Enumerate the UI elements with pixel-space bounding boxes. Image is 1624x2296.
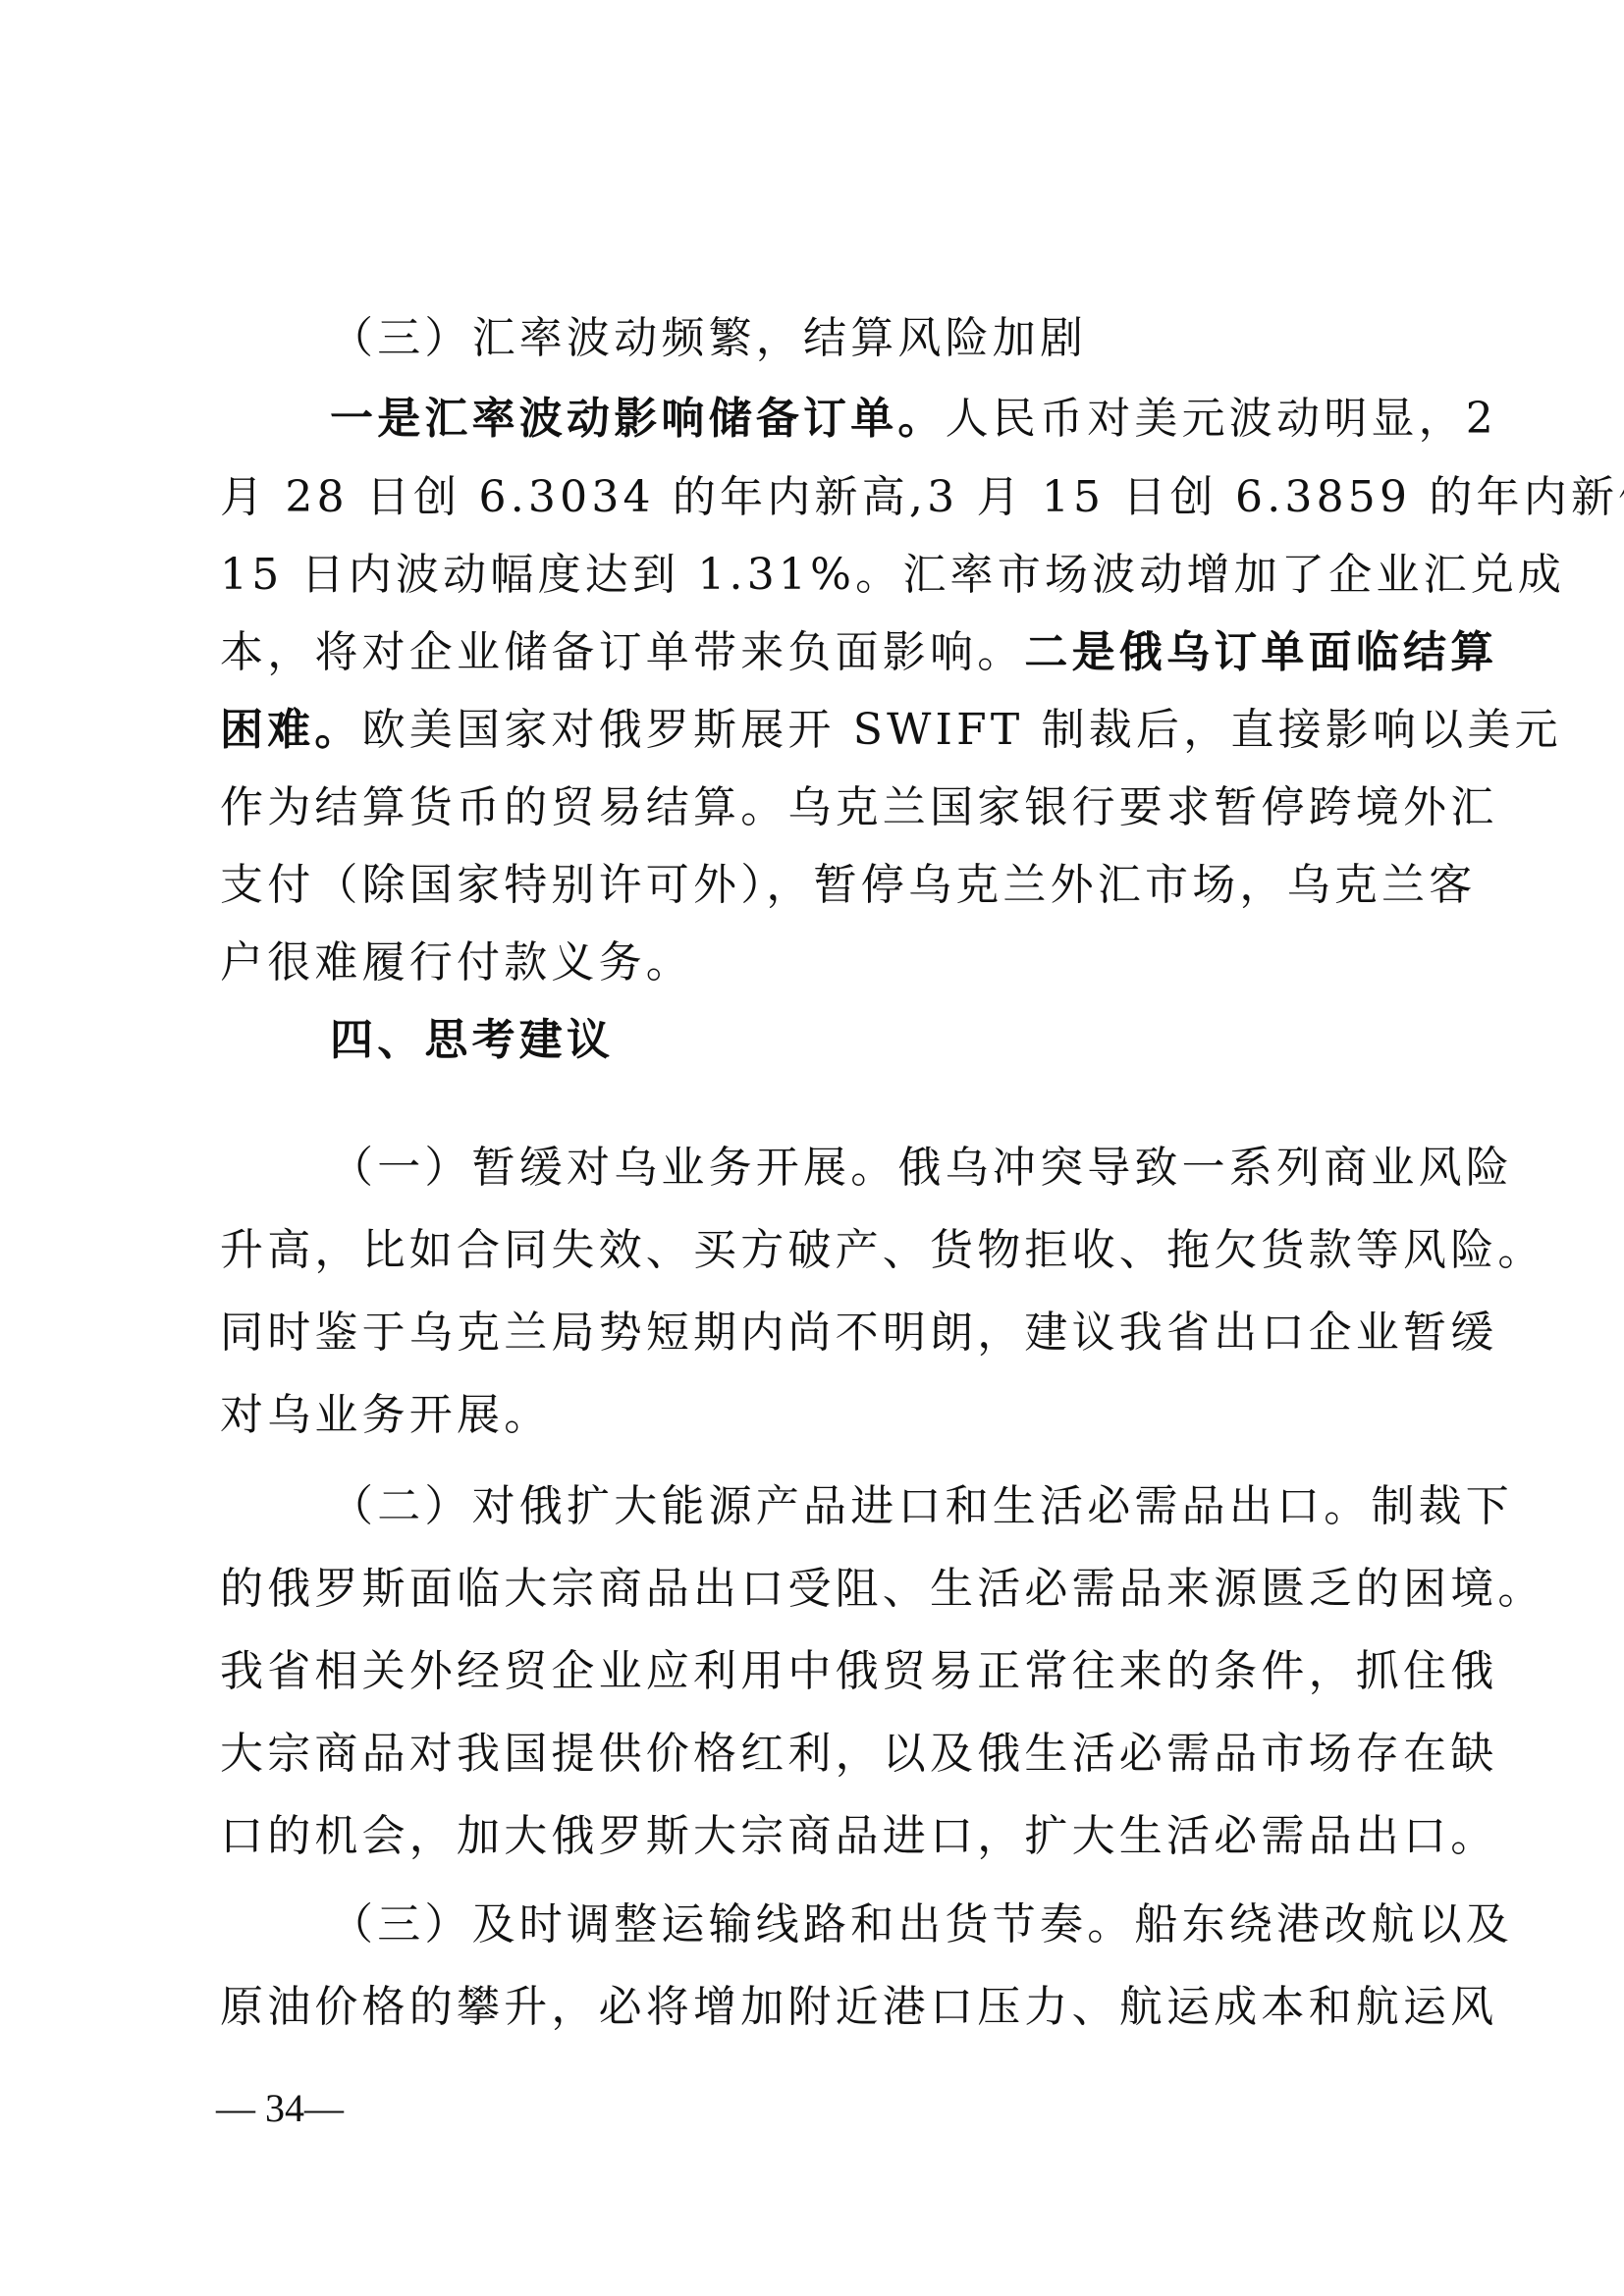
body-text: 15 日内波动幅度达到 1.31%。汇率市场波动增加了企业汇兑成 bbox=[220, 550, 1565, 600]
paragraph-line: 大宗商品对我国提供价格红利，以及俄生活必需品市场存在缺 bbox=[220, 1725, 1414, 1784]
section-heading-text: 四、思考建议 bbox=[330, 1015, 614, 1065]
paragraph-line: 作为结算货币的贸易结算。乌克兰国家银行要求暂停跨境外汇 bbox=[220, 778, 1414, 837]
body-text: 我省相关外经贸企业应利用中俄贸易正常往来的条件，抓住俄 bbox=[220, 1646, 1497, 1696]
paragraph-line: 原油价格的攀升，必将增加附近港口压力、航运成本和航运风 bbox=[220, 1978, 1414, 2037]
paragraph-line: （三）及时调整运输线路和出货节奏。船东绕港改航以及 bbox=[220, 1896, 1414, 1954]
body-text: 对乌业务开展。 bbox=[220, 1390, 551, 1440]
body-text: 月 28 日创 6.3034 的年内新高,3 月 15 日创 6.3859 的年… bbox=[220, 472, 1624, 522]
body-text: （二）对俄扩大能源产品进口和生活必需品出口。制裁下 bbox=[330, 1481, 1513, 1531]
body-text: 大宗商品对我国提供价格红利，以及俄生活必需品市场存在缺 bbox=[220, 1729, 1497, 1779]
paragraph-line: 月 28 日创 6.3034 的年内新高,3 月 15 日创 6.3859 的年… bbox=[220, 468, 1414, 527]
paragraph-line: 户很难履行付款义务。 bbox=[220, 934, 1414, 992]
paragraph-line: 升高，比如合同失效、买方破产、货物拒收、拖欠货款等风险。 bbox=[220, 1221, 1414, 1280]
body-text: 人民币对美元波动明显，2 bbox=[946, 394, 1497, 444]
paragraph-line: （二）对俄扩大能源产品进口和生活必需品出口。制裁下 bbox=[220, 1477, 1414, 1536]
body-text: 作为结算货币的贸易结算。乌克兰国家银行要求暂停跨境外汇 bbox=[220, 782, 1497, 832]
body-text: 户很难履行付款义务。 bbox=[220, 937, 693, 988]
bold-lead-text: 二是俄乌订单面临结算 bbox=[1024, 627, 1497, 677]
body-text: 升高，比如合同失效、买方破产、货物拒收、拖欠货款等风险。 bbox=[220, 1225, 1545, 1275]
paragraph-line: （一）暂缓对乌业务开展。俄乌冲突导致一系列商业风险 bbox=[220, 1139, 1414, 1198]
paragraph-line: 支付（除国家特别许可外），暂停乌克兰外汇市场，乌克兰客 bbox=[220, 856, 1414, 915]
body-text: 同时鉴于乌克兰局势短期内尚不明朗，建议我省出口企业暂缓 bbox=[220, 1308, 1497, 1358]
section-heading-3: （三）汇率波动频繁，结算风险加剧 bbox=[220, 309, 1414, 368]
section-heading-text: （三）汇率波动频繁，结算风险加剧 bbox=[330, 313, 1087, 363]
bold-lead-text: 困难。 bbox=[220, 705, 362, 755]
paragraph-line: 对乌业务开展。 bbox=[220, 1386, 1414, 1445]
body-text: （一）暂缓对乌业务开展。俄乌冲突导致一系列商业风险 bbox=[330, 1143, 1513, 1193]
paragraph-line: 我省相关外经贸企业应利用中俄贸易正常往来的条件，抓住俄 bbox=[220, 1642, 1414, 1701]
body-text: 口的机会，加大俄罗斯大宗商品进口，扩大生活必需品出口。 bbox=[220, 1811, 1497, 1861]
paragraph-line: 的俄罗斯面临大宗商品出口受阻、生活必需品来源匮乏的困境。 bbox=[220, 1560, 1414, 1619]
body-text: 原油价格的攀升，必将增加附近港口压力、航运成本和航运风 bbox=[220, 1982, 1497, 2032]
section-heading-4: 四、思考建议 bbox=[220, 1011, 1414, 1070]
body-text: 欧美国家对俄罗斯展开 SWIFT 制裁后，直接影响以美元 bbox=[362, 705, 1562, 755]
body-text: （三）及时调整运输线路和出货节奏。船东绕港改航以及 bbox=[330, 1899, 1513, 1949]
body-text: 支付（除国家特别许可外），暂停乌克兰外汇市场，乌克兰客 bbox=[220, 860, 1476, 910]
body-text: 本，将对企业储备订单带来负面影响。 bbox=[220, 627, 1024, 677]
page-number: — 34— bbox=[216, 2079, 344, 2138]
paragraph-line: 口的机会，加大俄罗斯大宗商品进口，扩大生活必需品出口。 bbox=[220, 1807, 1414, 1866]
paragraph-line: 本，将对企业储备订单带来负面影响。二是俄乌订单面临结算 bbox=[220, 623, 1414, 682]
body-text: 的俄罗斯面临大宗商品出口受阻、生活必需品来源匮乏的困境。 bbox=[220, 1564, 1545, 1614]
bold-lead-text: 一是汇率波动影响储备订单。 bbox=[330, 394, 946, 444]
document-page: （三）汇率波动频繁，结算风险加剧 一是汇率波动影响储备订单。人民币对美元波动明显… bbox=[0, 0, 1624, 2296]
paragraph-line: 困难。欧美国家对俄罗斯展开 SWIFT 制裁后，直接影响以美元 bbox=[220, 701, 1414, 760]
paragraph-line: 一是汇率波动影响储备订单。人民币对美元波动明显，2 bbox=[220, 390, 1414, 449]
paragraph-line: 15 日内波动幅度达到 1.31%。汇率市场波动增加了企业汇兑成 bbox=[220, 546, 1414, 605]
paragraph-line: 同时鉴于乌克兰局势短期内尚不明朗，建议我省出口企业暂缓 bbox=[220, 1304, 1414, 1362]
